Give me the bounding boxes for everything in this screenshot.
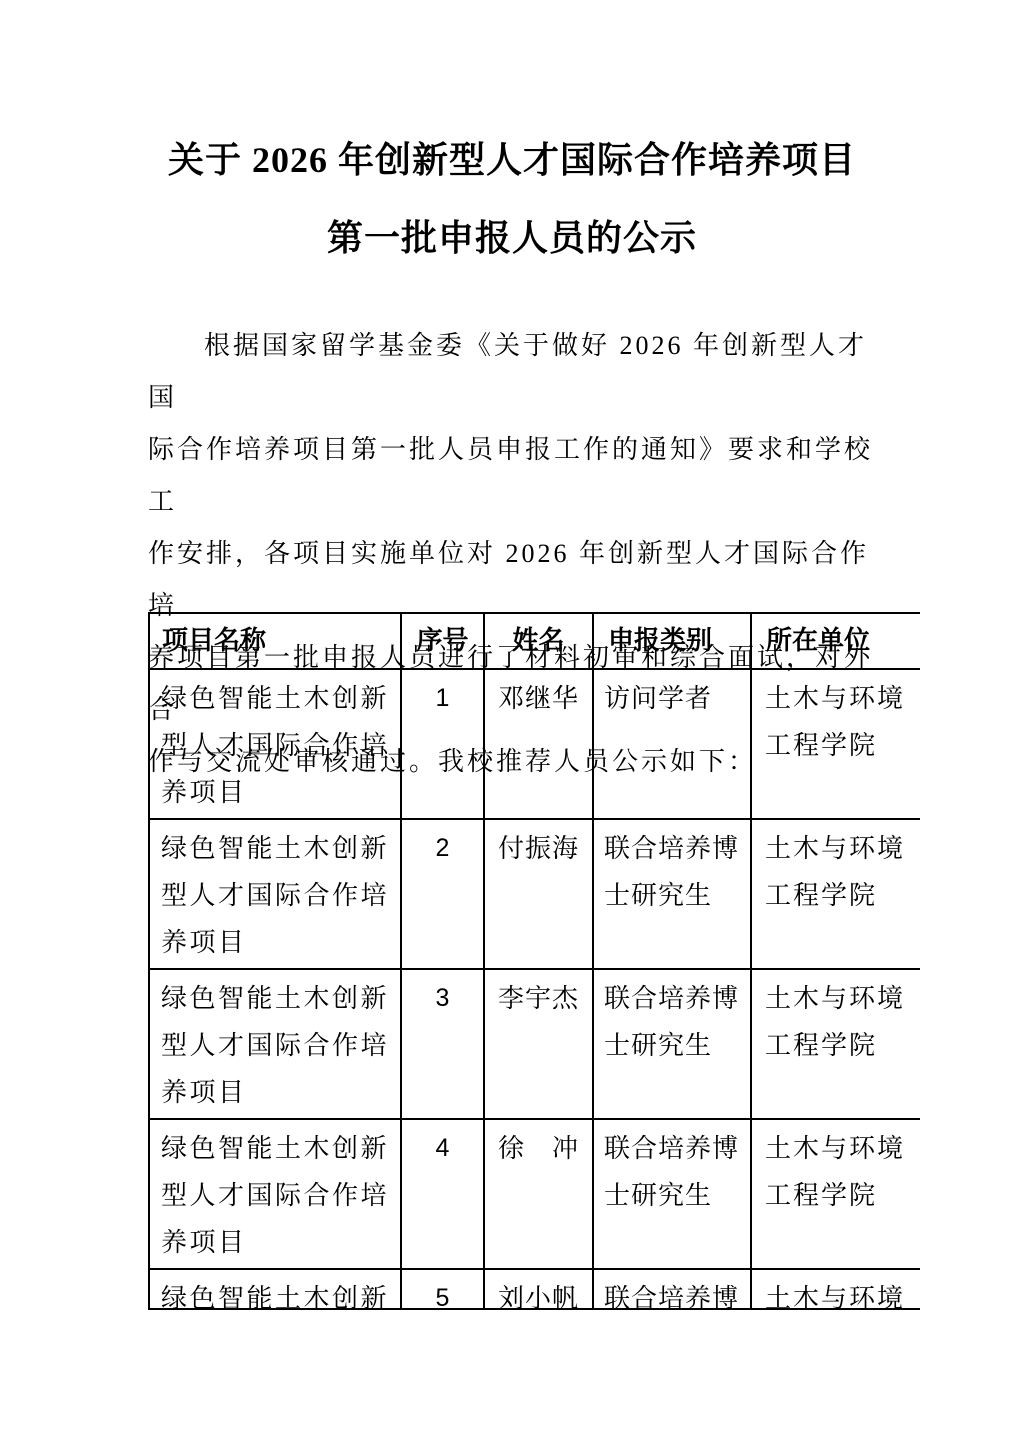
cell-serial-number: 4	[401, 1119, 484, 1269]
header-application-category: 申报类别	[593, 613, 751, 669]
cell-application-category: 联合培养博 士研究生	[593, 969, 751, 1119]
document-title-line-2: 第一批申报人员的公示	[0, 214, 1024, 262]
applicants-table-container: 项目名称 序号 姓名 申报类别 所在单位 绿色智能土木创新 型人才国际合作培 养…	[148, 612, 920, 1310]
header-name: 姓名	[484, 613, 593, 669]
cell-name: 刘小帆	[484, 1269, 593, 1310]
table-row: 绿色智能土木创新 型人才国际合作培 养项目 4 徐 冲 联合培养博 士研究生 土…	[149, 1119, 920, 1269]
document-title-line-1: 关于 2026 年创新型人才国际合作培养项目	[0, 136, 1024, 184]
cell-project-name: 绿色智能土木创新 型人才国际合作培 养项目	[149, 1119, 401, 1269]
cell-serial-number: 5	[401, 1269, 484, 1310]
cell-application-category: 联合培养博	[593, 1269, 751, 1310]
cell-serial-number: 2	[401, 819, 484, 969]
document-page: { "document": { "title_lines": [ "关于 202…	[0, 0, 1024, 1448]
cell-project-name: 绿色智能土木创新 型人才国际合作培 养项目	[149, 969, 401, 1119]
cell-name: 邓继华	[484, 669, 593, 819]
cell-unit: 土木与环境 工程学院	[751, 669, 920, 819]
table-row: 绿色智能土木创新 型人才国际合作培 养项目 3 李宇杰 联合培养博 士研究生 土…	[149, 969, 920, 1119]
cell-project-name: 绿色智能土木创新 型人才国际合作培 养项目	[149, 669, 401, 819]
cell-unit: 土木与环境	[751, 1269, 920, 1310]
cell-unit: 土木与环境 工程学院	[751, 819, 920, 969]
applicants-table: 项目名称 序号 姓名 申报类别 所在单位 绿色智能土木创新 型人才国际合作培 养…	[148, 612, 920, 1310]
table-row-clipped: 绿色智能土木创新 5 刘小帆 联合培养博 土木与环境	[149, 1269, 920, 1310]
header-unit: 所在单位	[751, 613, 920, 669]
cell-name: 徐 冲	[484, 1119, 593, 1269]
cell-application-category: 访问学者	[593, 669, 751, 819]
header-serial-number: 序号	[401, 613, 484, 669]
cell-unit: 土木与环境 工程学院	[751, 969, 920, 1119]
cell-application-category: 联合培养博 士研究生	[593, 819, 751, 969]
cell-name: 付振海	[484, 819, 593, 969]
cell-project-name: 绿色智能土木创新 型人才国际合作培 养项目	[149, 819, 401, 969]
cell-serial-number: 3	[401, 969, 484, 1119]
cell-unit: 土木与环境 工程学院	[751, 1119, 920, 1269]
header-project-name: 项目名称	[149, 613, 401, 669]
table-row: 绿色智能土木创新 型人才国际合作培 养项目 2 付振海 联合培养博 士研究生 土…	[149, 819, 920, 969]
cell-name: 李宇杰	[484, 969, 593, 1119]
cell-serial-number: 1	[401, 669, 484, 819]
table-row: 绿色智能土木创新 型人才国际合作培 养项目 1 邓继华 访问学者 土木与环境 工…	[149, 669, 920, 819]
cell-application-category: 联合培养博 士研究生	[593, 1119, 751, 1269]
cell-project-name: 绿色智能土木创新	[149, 1269, 401, 1310]
table-header-row: 项目名称 序号 姓名 申报类别 所在单位	[149, 613, 920, 669]
